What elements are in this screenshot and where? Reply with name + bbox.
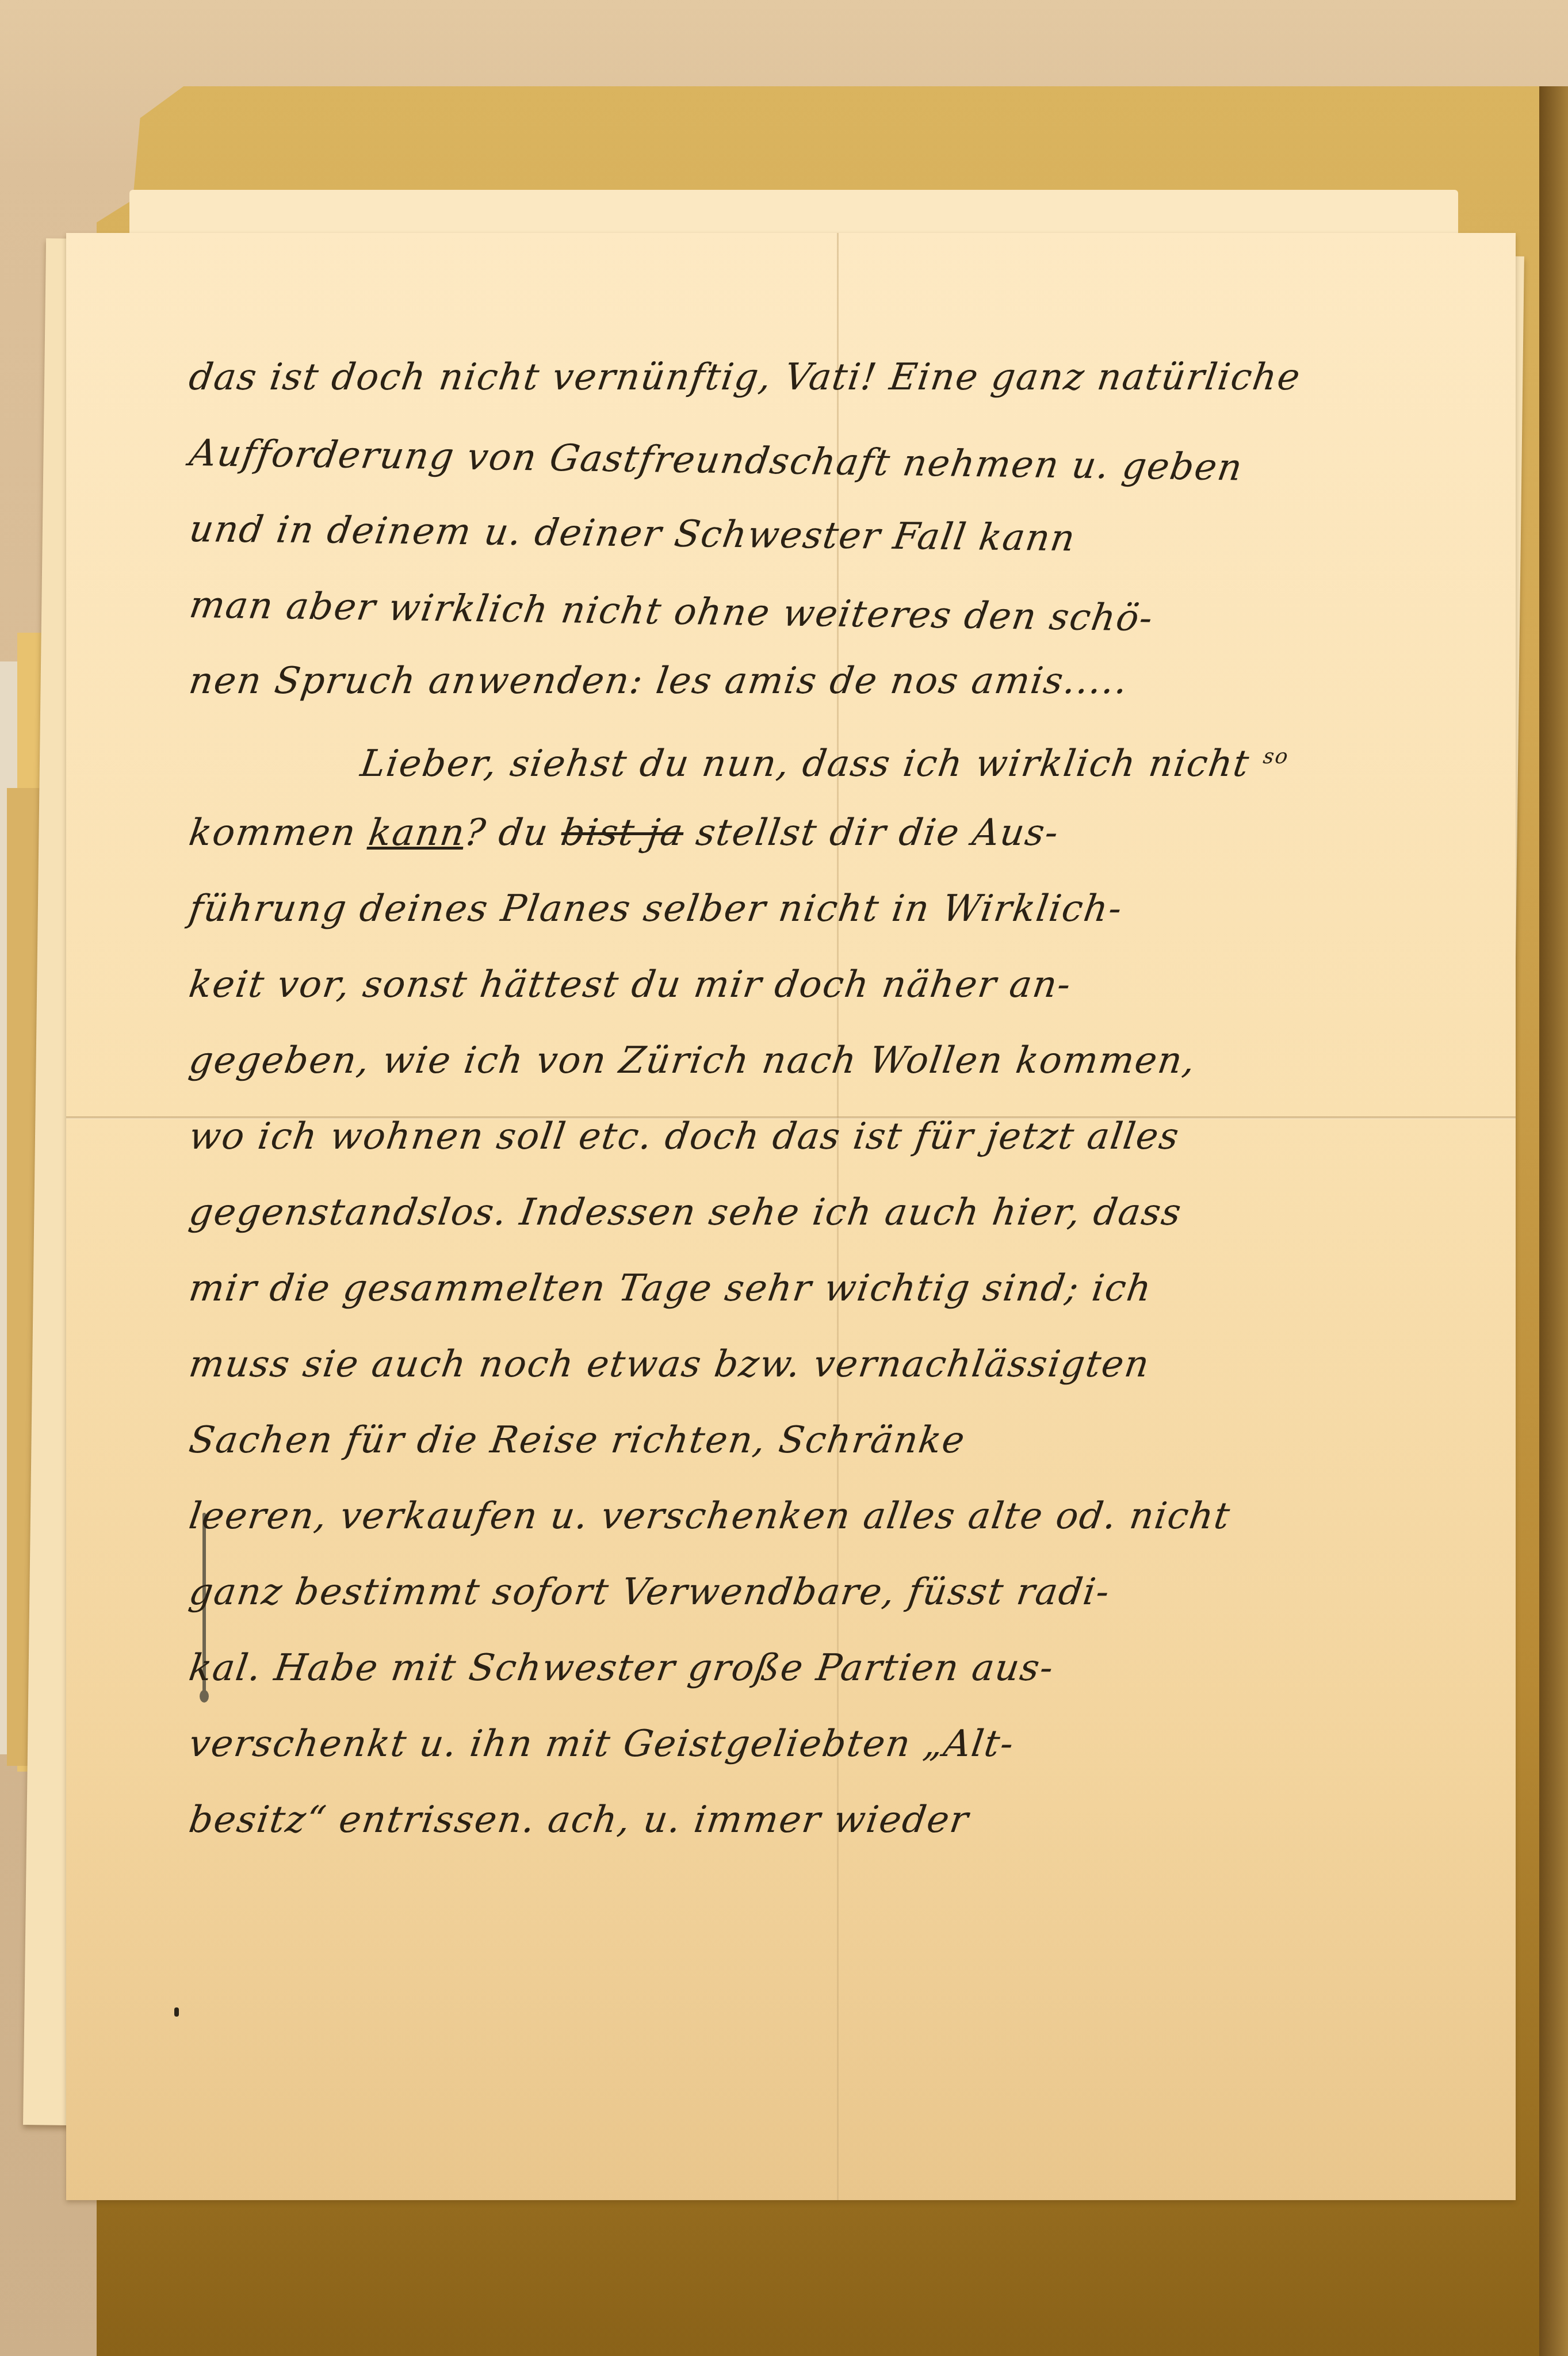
text-line: das ist doch nicht vernünftig, Vati! Ein… [184, 339, 1518, 415]
text-line: leeren, verkaufen u. verschenken alles a… [184, 1478, 1518, 1554]
text: kommen [186, 812, 372, 854]
text-line: Sachen für die Reise richten, Schränke [184, 1402, 1518, 1478]
ink-dot [174, 2007, 179, 2017]
text-line: kommen kann? du bist ja stellst dir die … [184, 795, 1518, 871]
text-line: nen Spruch anwenden: les amis de nos ami… [184, 643, 1518, 719]
text-line: verschenkt u. ihn mit Geistgeliebten „Al… [184, 1706, 1518, 1782]
handwritten-text: das ist doch nicht vernünftig, Vati! Ein… [184, 339, 1507, 1858]
superscript-insertion: so [1261, 745, 1290, 768]
text-line: führung deines Planes selber nicht in Wi… [184, 871, 1518, 947]
text-line: gegeben, wie ich von Zürich nach Wollen … [184, 1023, 1518, 1099]
text-line: kal. Habe mit Schwester große Partien au… [184, 1630, 1518, 1706]
text-line: besitz“ entrissen. ach, u. immer wieder [184, 1782, 1518, 1858]
text: Lieber, siehst du nun, dass ich wirklich… [358, 743, 1252, 785]
text: stellst dir die Aus- [680, 812, 1062, 854]
text-line: keit vor, sonst hättest du mir doch nähe… [184, 947, 1518, 1023]
text-line: wo ich wohnen soll etc. doch das ist für… [184, 1099, 1518, 1175]
text-line: und in deinem u. deiner Schwester Fall k… [184, 491, 1516, 581]
text-line-paragraph: Lieber, siehst du nun, dass ich wirklich… [184, 719, 1518, 795]
text-line: gegenstandslos. Indessen sehe ich auch h… [184, 1175, 1518, 1250]
text: ? du [462, 812, 565, 854]
text-line: mir die gesammelten Tage sehr wichtig si… [184, 1250, 1518, 1326]
struck-text: bist ja [559, 812, 687, 854]
underlined-word: kann [366, 812, 468, 854]
folder-edge [1539, 86, 1568, 2356]
text-line: ganz bestimmt sofort Verwendbare, füsst … [184, 1554, 1518, 1630]
text-line: muss sie auch noch etwas bzw. vernachläs… [184, 1326, 1518, 1402]
